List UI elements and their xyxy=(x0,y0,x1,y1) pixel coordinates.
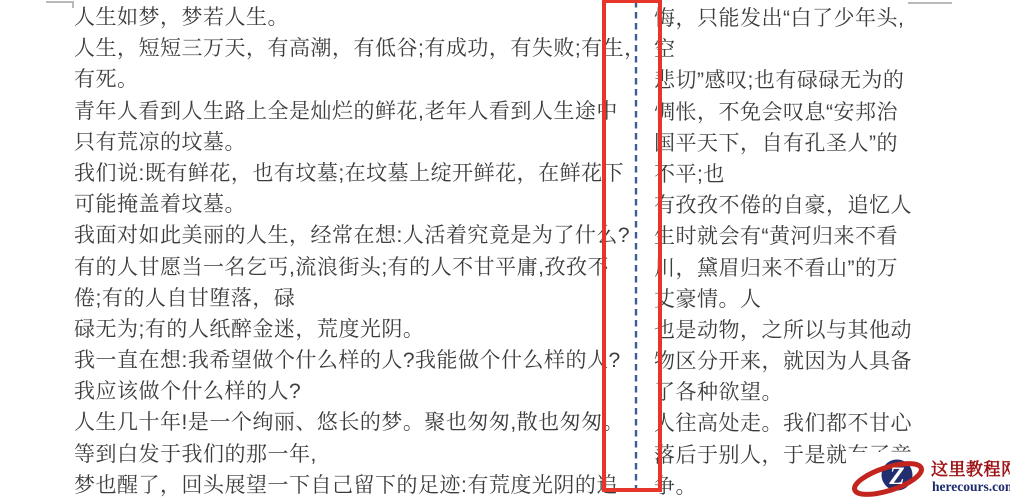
left-text-column: 人生如梦，梦若人生。人生，短短三万天，有高潮，有低谷;有成功，有失败;有生，有死… xyxy=(74,2,646,499)
column-gap-highlight-box xyxy=(602,0,662,492)
text-line: 有的人甘愿当一名乞丐,流浪街头;有的人不甘平庸,孜孜不 xyxy=(74,252,646,283)
text-line: 也是动物，之所以与其他动 xyxy=(654,315,912,346)
text-boundary-mark-top-left xyxy=(46,1,74,8)
text-line: 国平天下，自有孔圣人”的 xyxy=(654,128,912,159)
text-line: 等到白发于我们的那一年, xyxy=(74,439,646,470)
text-line: 空 xyxy=(654,34,912,65)
text-line: 我一直在想:我希望做个什么样的人?我能做个什么样的人? xyxy=(74,345,646,376)
text-line: 人往高处走。我们都不甘心 xyxy=(654,408,912,439)
text-line: 有死。 xyxy=(74,64,646,95)
text-line: 惆怅，不免会叹息“安邦治 xyxy=(654,97,912,128)
text-line: 我面对如此美丽的人生，经常在想:人活着究竟是为了什么? xyxy=(74,220,646,251)
site-url: herecours.com xyxy=(932,479,1010,495)
right-text-column: 悔，只能发出“白了少年头,空悲切”感叹;也有碌碌无为的惆怅，不免会叹息“安邦治国… xyxy=(654,3,912,499)
text-line: 青年人看到人生路上全是灿烂的鲜花,老年人看到人生途中 xyxy=(74,96,646,127)
text-boundary-mark-top-right xyxy=(908,2,952,4)
text-line: 人生几十年!是一个绚丽、悠长的梦。聚也匆匆,散也匆匆。 xyxy=(74,407,646,438)
text-line: 生时就会有“黄河归来不看 xyxy=(654,221,912,252)
text-line: 有孜孜不倦的自豪，追忆人 xyxy=(654,190,912,221)
text-line: 丈豪情。人 xyxy=(654,284,912,315)
text-line: 可能掩盖着坟墓。 xyxy=(74,189,646,220)
text-line: 梦也醒了，回头展望一下自己留下的足迹:有荒度光阴的追 xyxy=(74,470,646,499)
text-line: 了各种欲望。 xyxy=(654,377,912,408)
text-line: 不平;也 xyxy=(654,159,912,190)
text-line: 悲切”感叹;也有碌碌无为的 xyxy=(654,65,912,96)
globe-z-logo-icon: Z xyxy=(846,444,932,499)
text-line: 悔，只能发出“白了少年头, xyxy=(654,3,912,34)
text-line: 我应该做个什么样的人? xyxy=(74,376,646,407)
text-line: 我们说:既有鲜花，也有坟墓;在坟墓上绽开鲜花，在鲜花下 xyxy=(74,158,646,189)
site-name: 这里教程网 xyxy=(931,455,1010,480)
text-line: 川，黛眉归来不看山”的万 xyxy=(654,253,912,284)
text-line: 人生，短短三万天，有高潮，有低谷;有成功，有失败;有生， xyxy=(74,33,646,64)
watermark-logo: Z 这里教程网 herecours.com xyxy=(846,452,1010,499)
text-line: 倦;有的人自甘堕落，碌 xyxy=(74,283,646,314)
logo-letter: Z xyxy=(888,463,904,490)
text-line: 物区分开来，就因为人具备 xyxy=(654,346,912,377)
text-line: 碌无为;有的人纸醉金迷，荒度光阴。 xyxy=(74,314,646,345)
text-line: 人生如梦，梦若人生。 xyxy=(74,2,646,33)
text-line: 只有荒凉的坟墓。 xyxy=(74,127,646,158)
